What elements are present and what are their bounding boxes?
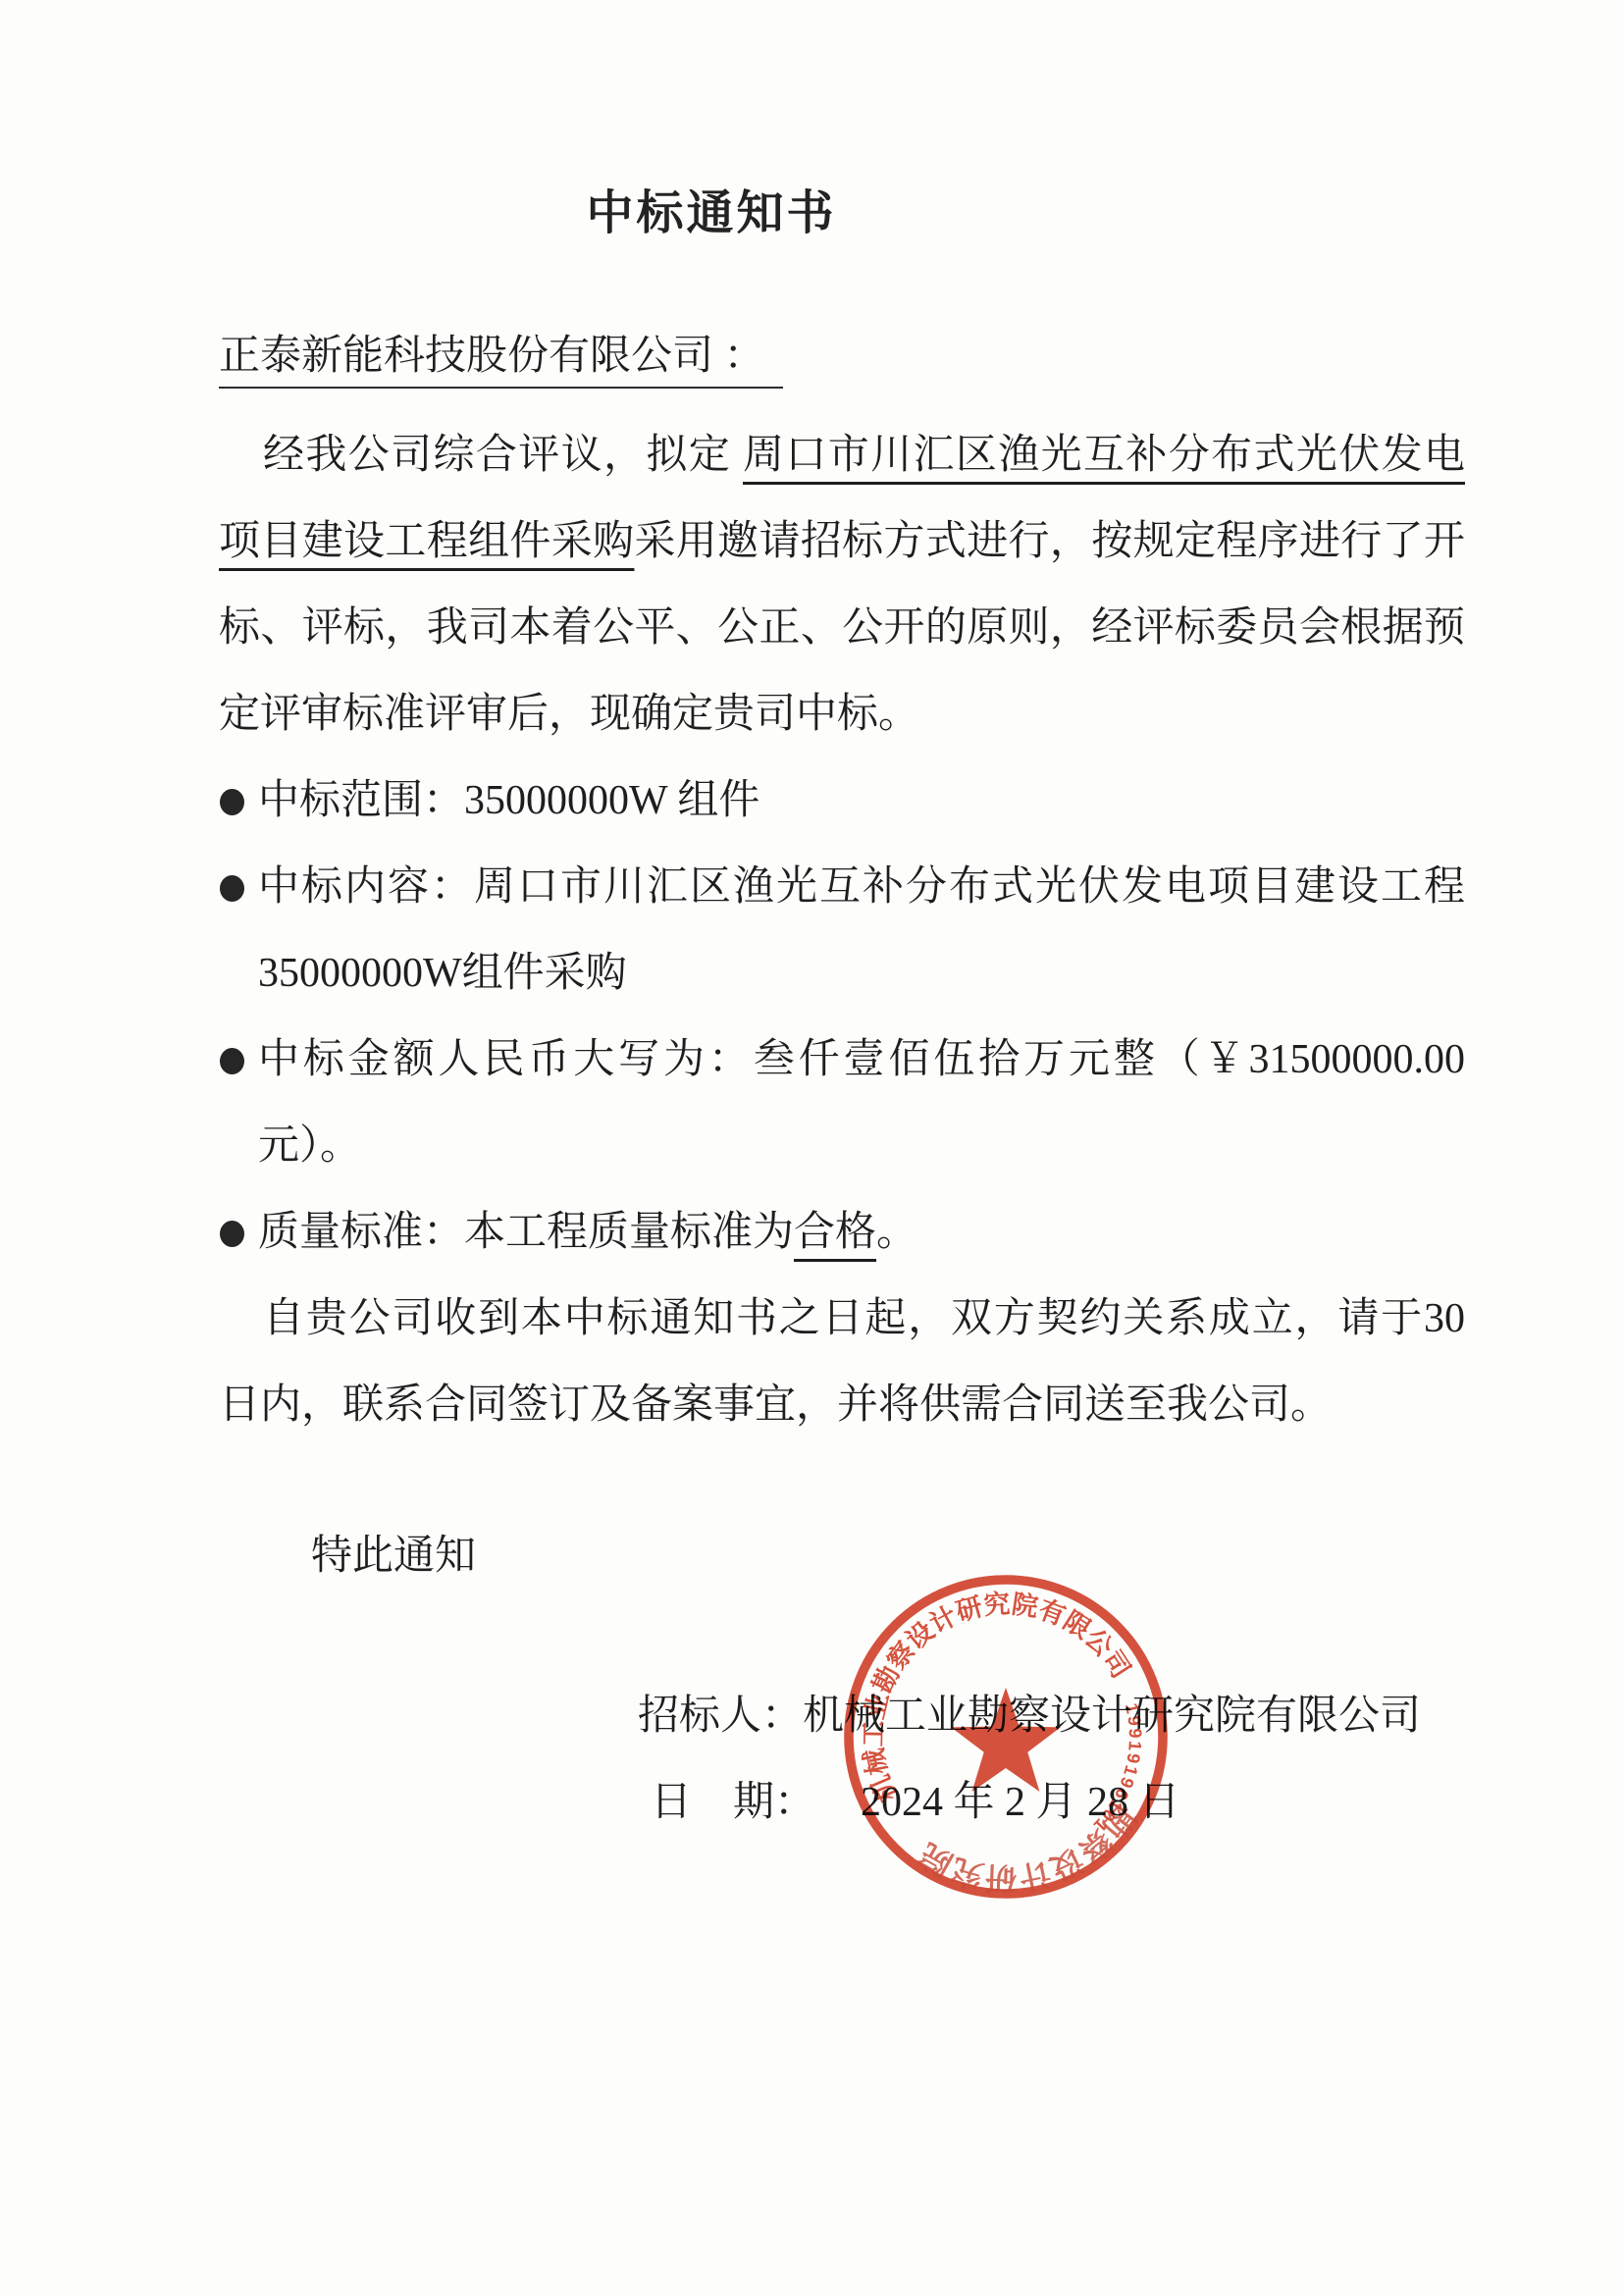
list-item-quality-standard: 质量标准：本工程质量标准为合格。 [219,1189,1465,1276]
official-red-seal: 机械工业勘察设计研究院有限公司 19919196101 勘察设计研究院 [817,1548,1194,1925]
seal-star-icon [951,1688,1061,1792]
list-item-award-amount: 中标金额人民币大写为：叁仟壹佰伍拾万元整（￥31500000.00元）。 [219,1017,1465,1189]
award-amount-text: 中标金额人民币大写为：叁仟壹佰伍拾万元整（￥31500000.00元）。 [258,1037,1465,1169]
paragraph-award-decision: 经我公司综合评议，拟定 周口市川汇区渔光互补分布式光伏发电项目建设工程组件采购采… [219,412,1465,757]
scanned-document-page: 中标通知书 正泰新能科技股份有限公司 ： 经我公司综合评议，拟定 周口市川汇区渔… [0,0,1623,2296]
document-title: 中标通知书 [586,175,836,242]
bullet-icon [220,789,244,815]
bullet-icon [220,1048,244,1074]
date-label: 日 期： [651,1780,815,1825]
bullet-icon [220,1221,244,1247]
bullet-icon [220,875,244,902]
list-item-award-content: 中标内容：周口市川汇区渔光互补分布式光伏发电项目建设工程35000000W组件采… [219,844,1465,1017]
award-scope-text: 中标范围：35000000W 组件 [258,778,759,823]
addressee-line: 正泰新能科技股份有限公司 ： [219,324,1465,389]
text-segment: 经我公司综合评议，拟定 [263,433,743,478]
addressee-company-name: 正泰新能科技股份有限公司 ： [219,334,783,389]
award-content-text: 中标内容：周口市川汇区渔光互补分布式光伏发电项目建设工程35000000W组件采… [258,864,1465,996]
quality-standard-text: 质量标准：本工程质量标准为合格。 [258,1210,917,1255]
award-details-list: 中标范围：35000000W 组件 中标内容：周口市川汇区渔光互补分布式光伏发电… [219,757,1465,1276]
document-body: 正泰新能科技股份有限公司 ： 经我公司综合评议，拟定 周口市川汇区渔光互补分布式… [219,324,1465,1599]
underlined-text-segment: 合格 [794,1210,876,1255]
text-segment: 中标金额人民币大写为：叁仟壹佰伍拾万元整（￥31500000.00元）。 [258,1037,1465,1169]
paragraph-contract-instruction: 自贵公司收到本中标通知书之日起，双方契约关系成立，请于30 日内，联系合同签订及… [219,1276,1465,1448]
seal-graphic: 机械工业勘察设计研究院有限公司 19919196101 勘察设计研究院 [817,1548,1194,1925]
text-segment: 自贵公司收到本中标通知书之日起，双方契约关系成立，请于30 日内，联系合同签订及… [219,1296,1465,1428]
list-item-award-scope: 中标范围：35000000W 组件 [219,757,1465,844]
text-segment: 。 [876,1210,917,1255]
text-segment: 质量标准：本工程质量标准为 [258,1210,794,1255]
text-segment: 中标内容：周口市川汇区渔光互补分布式光伏发电项目建设工程35000000W组件采… [258,864,1465,996]
issuer-label: 招标人： [638,1694,803,1739]
text-segment: 中标范围：35000000W 组件 [258,778,759,823]
